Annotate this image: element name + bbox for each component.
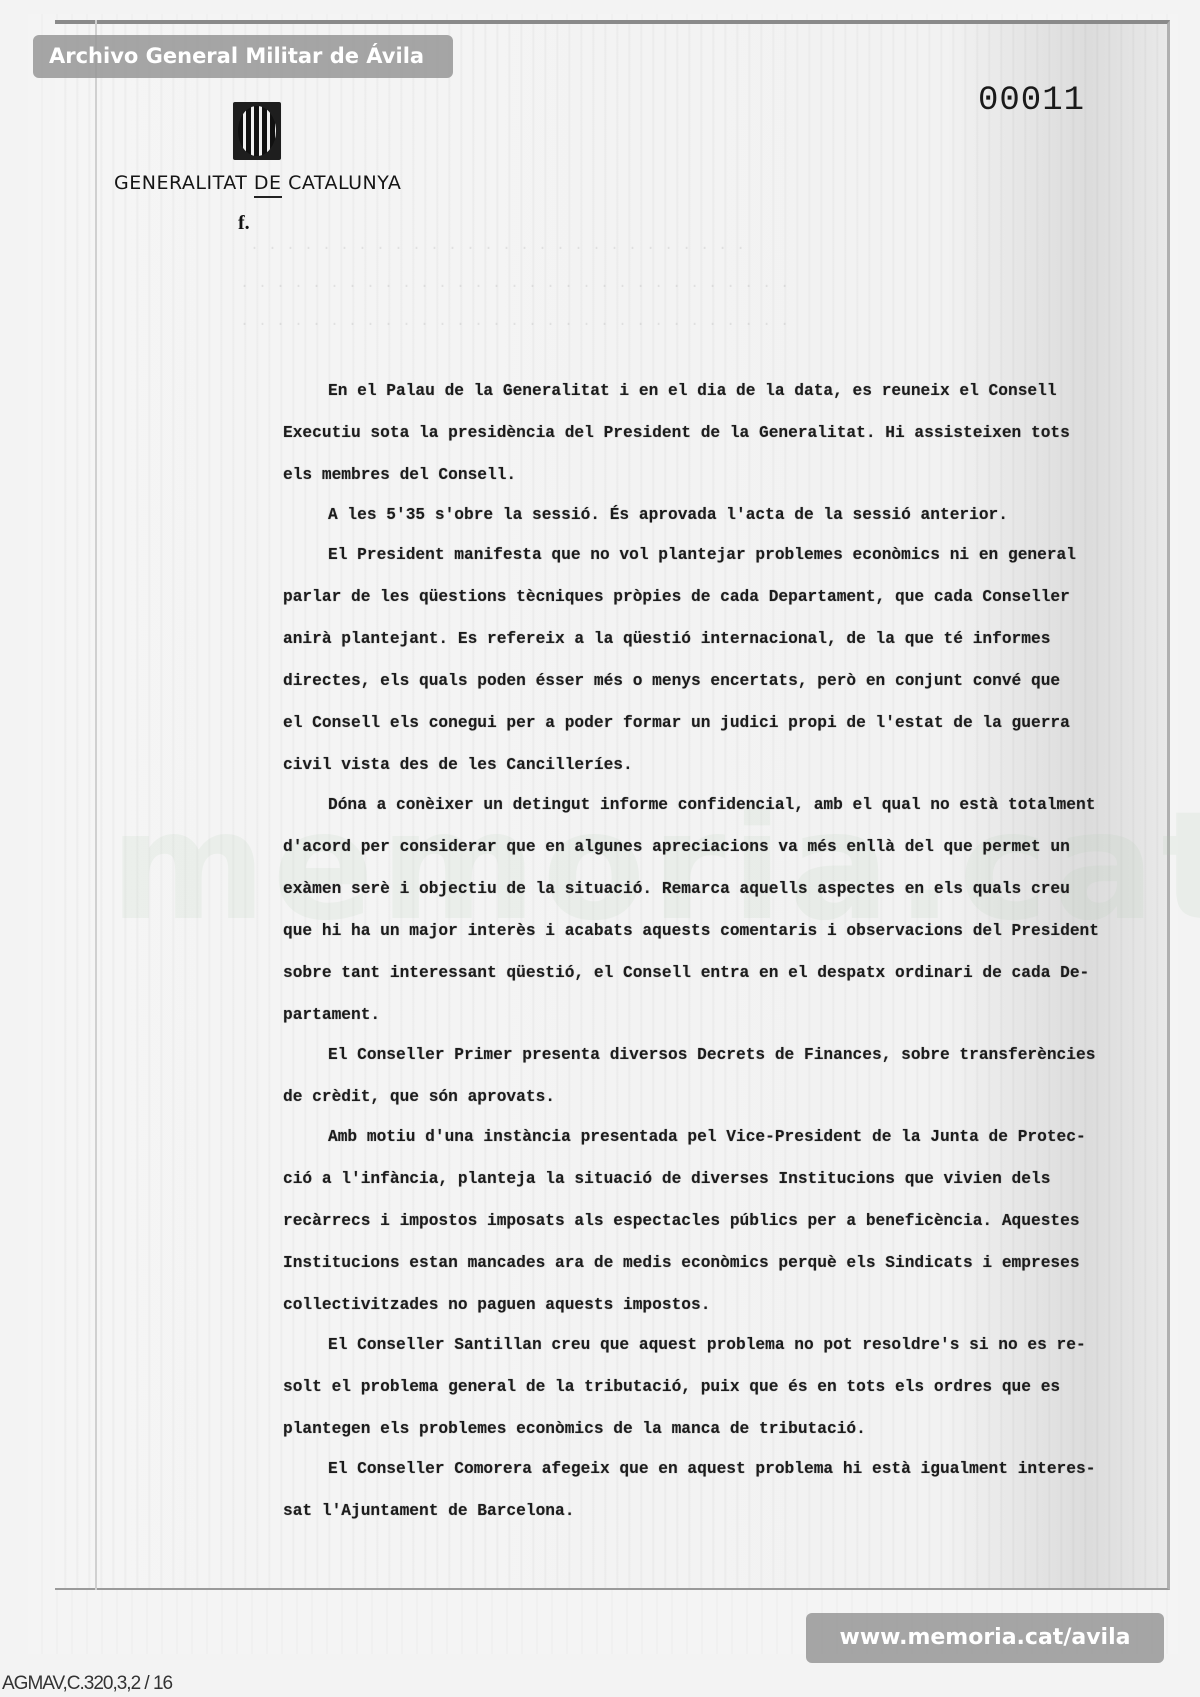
text-line: directes, els quals poden ésser més o me… [283, 660, 1163, 702]
document-body: En el Palau de la Generalitat i en el di… [283, 370, 1163, 1532]
text-line: civil vista des de les Cancilleríes. [283, 744, 1163, 786]
page-fold-line [95, 20, 97, 1590]
text-line: solt el problema general de la tributaci… [283, 1366, 1163, 1408]
text-line: exàmen serè i objectiu de la situació. R… [283, 868, 1163, 910]
text-line: que hi ha un major interès i acabats aqu… [283, 910, 1163, 952]
institution-part-3: CATALUNYA [288, 172, 401, 194]
text-line: parlar de les qüestions tècniques pròpie… [283, 576, 1163, 618]
text-line: El President manifesta que no vol plante… [283, 534, 1163, 576]
institution-title: GENERALITAT DE CATALUNYA [114, 172, 401, 194]
text-line: A les 5'35 s'obre la sessió. És aprovada… [283, 494, 1163, 536]
senyera-stripes [238, 106, 276, 156]
institution-part-1: GENERALITAT [114, 172, 247, 194]
text-line: plantegen els problemes econòmics de la … [283, 1408, 1163, 1450]
text-line: El Conseller Santillan creu que aquest p… [283, 1324, 1163, 1366]
text-line: anirà plantejant. Es refereix a la qüest… [283, 618, 1163, 660]
text-line: En el Palau de la Generalitat i en el di… [283, 370, 1163, 412]
text-line: Institucions estan mancades ara de medis… [283, 1242, 1163, 1284]
archive-badge: Archivo General Militar de Ávila [33, 35, 453, 78]
bleed-through-text: · · · · · · · · · · · · · · · · · · · · … [250, 240, 745, 257]
text-line: el Consell els conegui per a poder forma… [283, 702, 1163, 744]
coat-of-arms-icon [233, 102, 281, 160]
text-line: ció a l'infància, planteja la situació d… [283, 1158, 1163, 1200]
text-line: partament. [283, 994, 1163, 1036]
text-line: collectivitzades no paguen aquests impos… [283, 1284, 1163, 1326]
bleed-through-text: · · · · · · · · · · · · · · · · · · · · … [240, 316, 789, 333]
text-line: El Conseller Comorera afegeix que en aqu… [283, 1448, 1163, 1490]
text-line: Executiu sota la presidència del Preside… [283, 412, 1163, 454]
text-line: de crèdit, que són aprovats. [283, 1076, 1163, 1118]
text-line: els membres del Consell. [283, 454, 1163, 496]
folio-mark: f. [238, 212, 250, 235]
archive-reference: AGMAV,C.320,3,2 / 16 [2, 1673, 172, 1695]
archive-url-badge[interactable]: www.memoria.cat/avila [806, 1613, 1164, 1663]
text-line: d'acord per considerar que en algunes ap… [283, 826, 1163, 868]
text-line: Amb motiu d'una instància presentada pel… [283, 1116, 1163, 1158]
text-line: recàrrecs i impostos imposats als espect… [283, 1200, 1163, 1242]
text-line: El Conseller Primer presenta diversos De… [283, 1034, 1163, 1076]
text-line: sat l'Ajuntament de Barcelona. [283, 1490, 1163, 1532]
document-number: 00011 [978, 82, 1085, 120]
institution-part-2: DE [254, 172, 282, 198]
bleed-through-text: · · · · · · · · · · · · · · · · · · · · … [240, 278, 789, 295]
text-line: sobre tant interessant qüestió, el Conse… [283, 952, 1163, 994]
text-line: Dóna a conèixer un detingut informe conf… [283, 784, 1163, 826]
